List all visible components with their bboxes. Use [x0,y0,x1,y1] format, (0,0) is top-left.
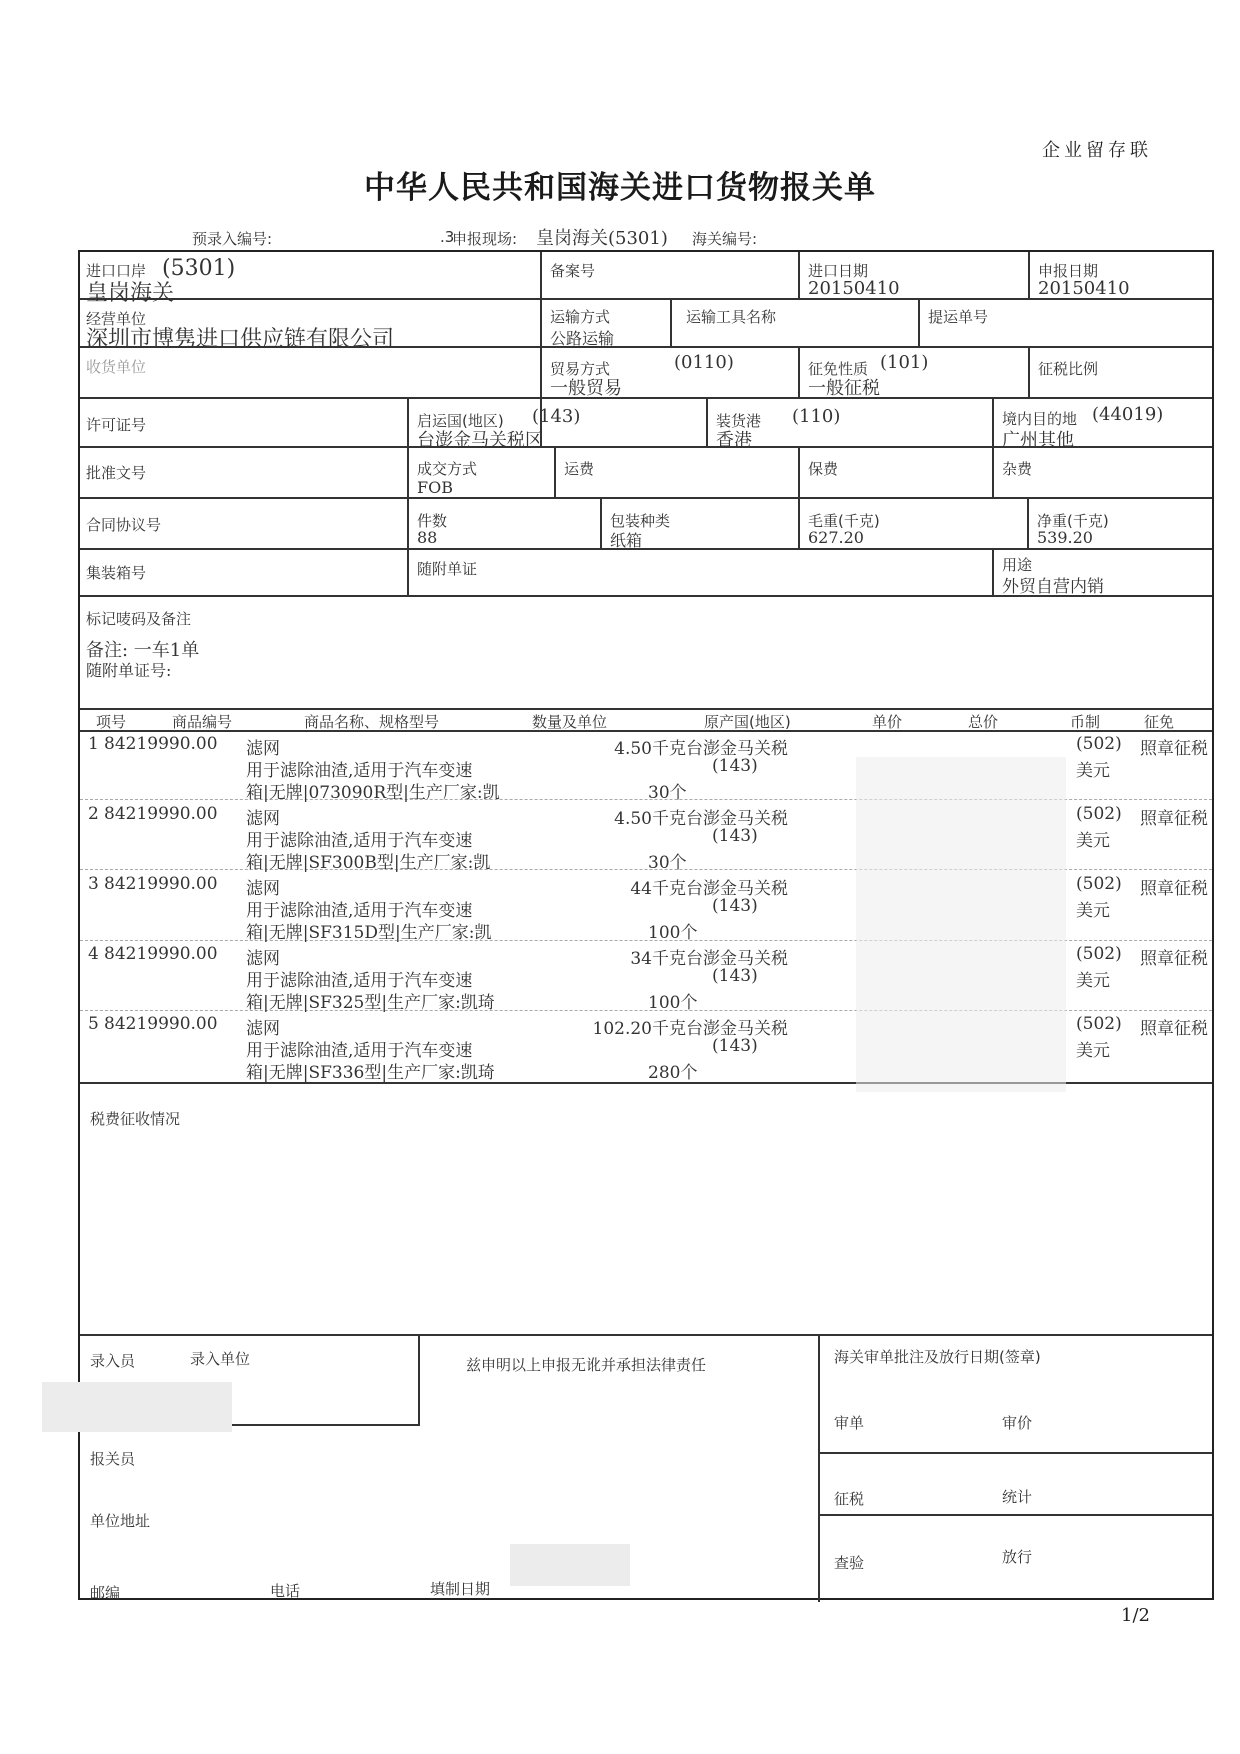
freight-label: 运费 [564,458,594,479]
inspect-label: 查验 [834,1552,864,1573]
item-qty-pieces: 280个 [648,1058,697,1083]
deal-mode-label: 成交方式 [417,458,477,479]
item-currency-code: (502) [1076,1014,1122,1034]
entry-clerk-label: 录入员 [90,1350,135,1371]
item-levy: 照章征税 [1140,734,1208,759]
item-qty-pieces: 30个 [648,848,687,873]
item-spec-line2: 箱|无牌|SF315D型|生产厂家:凯 [246,918,491,943]
customs-approval-label: 海关审单批注及放行日期(签章) [834,1346,1041,1367]
item-levy: 照章征税 [1140,944,1208,969]
stats-label: 统计 [1002,1486,1032,1507]
col-name: 商品名称、规格型号 [304,711,439,732]
item-currency: 美元 [1076,966,1110,991]
package-value: 纸箱 [610,528,642,551]
item-code: 84219990.00 [104,944,218,964]
trade-mode-code: (0110) [674,352,734,373]
item-currency: 美元 [1076,896,1110,921]
item-currency: 美元 [1076,756,1110,781]
item-no: 2 [88,804,99,824]
broker-label: 报关员 [90,1448,135,1469]
declaration-statement: 兹申明以上申报无讹并承担法律责任 [466,1354,706,1375]
item-currency-code: (502) [1076,944,1122,964]
fill-date-label: 填制日期 [430,1578,490,1599]
item-origin-code: (143) [712,826,758,846]
copy-label: 企业留存联 [1042,136,1152,162]
price-review-label: 审价 [1002,1412,1032,1433]
declaration-form: 进口口岸 (5301) 皇岗海关 备案号 进口日期 20150410 申报日期 … [78,250,1214,1600]
destination-value: 广州其他 [1002,426,1074,452]
deal-mode-value: FOB [417,478,453,497]
declare-date-value: 20150410 [1038,278,1130,299]
col-unit-price: 单价 [872,711,902,732]
trade-mode-value: 一般贸易 [550,374,622,400]
item-currency: 美元 [1076,1036,1110,1061]
col-levy: 征免 [1144,711,1174,732]
levy-nature-code: (101) [880,352,928,373]
item-code: 84219990.00 [104,734,218,754]
transport-tool-label: 运输工具名称 [686,306,776,327]
contract-label: 合同协议号 [86,514,161,535]
phone-label: 电话 [270,1580,300,1601]
item-currency-code: (502) [1076,804,1122,824]
item-origin-code: (143) [712,756,758,776]
operator-value: 深圳市博隽进口供应链有限公司 [86,322,394,353]
item-no: 5 [88,1014,99,1034]
item-no: 3 [88,874,99,894]
item-qty-pieces: 100个 [648,918,697,943]
page-title: 中华人民共和国海关进口货物报关单 [0,162,1240,207]
pre-entry-label: 预录入编号: [192,228,272,249]
import-date-value: 20150410 [808,278,900,299]
col-code: 商品编号 [172,711,232,732]
item-levy: 照章征税 [1140,1014,1208,1039]
misc-fee-label: 杂费 [1002,458,1032,479]
customs-no-label: 海关编号: [692,228,757,249]
item-code: 84219990.00 [104,874,218,894]
item-levy: 照章征税 [1140,874,1208,899]
loading-port-code: (110) [792,406,840,427]
col-qty: 数量及单位 [532,711,607,732]
levy-nature-value: 一般征税 [808,374,880,400]
address-label: 单位地址 [90,1510,150,1531]
item-currency: 美元 [1076,826,1110,851]
item-code: 84219990.00 [104,1014,218,1034]
item-origin-code: (143) [712,966,758,986]
item-spec-line2: 箱|无牌|SF336型|生产厂家:凯琦 [246,1058,495,1083]
entry-unit-label: 录入单位 [190,1348,250,1369]
item-currency-code: (502) [1076,874,1122,894]
approval-label: 批准文号 [86,462,146,483]
destination-code: (44019) [1092,404,1163,425]
declare-site-label: 申报现场: [452,228,517,249]
record-no-label: 备案号 [550,260,595,281]
consignee-label: 收货单位 [86,356,146,377]
item-qty-pieces: 100个 [648,988,697,1013]
col-item-no: 项号 [96,711,126,732]
col-origin: 原产国(地区) [704,711,791,732]
gross-weight-value: 627.20 [808,528,864,547]
item-no: 4 [88,944,99,964]
usage-value: 外贸自营内销 [1002,572,1104,597]
item-code: 84219990.00 [104,804,218,824]
item-qty: 4.50千克 [614,804,686,829]
item-qty: 102.20千克 [593,1014,686,1039]
page-indicator: 1/2 [1121,1605,1150,1626]
bill-no-label: 提运单号 [928,306,988,327]
loading-port-value: 香港 [716,426,752,452]
release-label: 放行 [1002,1546,1032,1567]
item-qty: 34千克 [630,944,686,969]
postcode-label: 邮编 [90,1582,120,1603]
item-no: 1 [88,734,99,754]
origin-country-code: (143) [532,406,580,427]
import-port-value: 皇岗海关 [86,276,174,307]
col-total-price: 总价 [968,711,998,732]
attached-doc-no: 随附单证号: [86,658,171,681]
attached-docs-label: 随附单证 [417,558,477,579]
net-weight-value: 539.20 [1037,528,1093,547]
pieces-value: 88 [417,528,437,547]
transport-mode-value: 公路运输 [550,326,614,349]
tax-label: 税费征收情况 [90,1108,180,1129]
levy-ratio-label: 征税比例 [1038,358,1098,379]
container-label: 集装箱号 [86,562,146,583]
transport-mode-label: 运输方式 [550,306,610,327]
col-currency: 币制 [1070,711,1100,732]
declare-site-value: 皇岗海关(5301) [536,224,668,250]
item-origin-code: (143) [712,1036,758,1056]
origin-country-value: 台澎金马关税区 [417,426,543,452]
item-spec-line2: 箱|无牌|073090R型|生产厂家:凯 [246,778,500,803]
levy-sign-label: 征税 [834,1488,864,1509]
insurance-label: 保费 [808,458,838,479]
item-currency-code: (502) [1076,734,1122,754]
item-spec-line2: 箱|无牌|SF300B型|生产厂家:凯 [246,848,490,873]
item-qty: 44千克 [630,874,686,899]
item-qty: 4.50千克 [614,734,686,759]
item-levy: 照章征税 [1140,804,1208,829]
license-label: 许可证号 [86,414,146,435]
remarks-label: 标记唛码及备注 [86,608,191,629]
item-origin-code: (143) [712,896,758,916]
item-spec-line2: 箱|无牌|SF325型|生产厂家:凯琦 [246,988,495,1013]
item-qty-pieces: 30个 [648,778,687,803]
review-label: 审单 [834,1412,864,1433]
